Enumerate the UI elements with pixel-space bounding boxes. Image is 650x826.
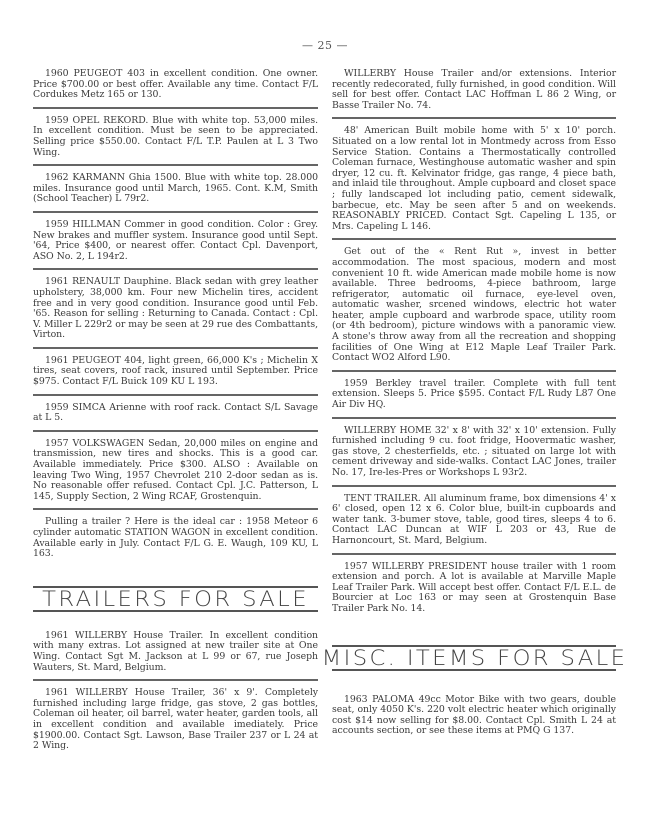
classified-ad-willerby-home: WILLERBY HOME 32' x 8' with 32' x 10' ex…	[332, 426, 616, 479]
section-heading-text: TRAILERS FOR SALE	[42, 589, 309, 609]
classified-ad-american-mobile-home: 48' American Built mobile home with 5' x…	[332, 126, 616, 232]
ad-divider	[33, 508, 318, 510]
classified-ad-volkswagen: 1957 VOLKSWAGEN Sedan, 20,000 miles on e…	[33, 439, 318, 503]
ad-divider	[33, 164, 318, 166]
page-number: — 25 —	[0, 39, 650, 52]
classified-ad-opel-rekord: 1959 OPEL REKORD. Blue with white top. 5…	[33, 116, 318, 158]
ad-divider	[332, 117, 616, 119]
classified-ad-willerby-1961-a: 1961 WILLERBY House Trailer. In excellen…	[33, 631, 318, 673]
ad-divider	[33, 430, 318, 432]
classified-ad-karmann-ghia: 1962 KARMANN Ghia 1500. Blue with white …	[33, 173, 318, 205]
ad-divider	[33, 679, 318, 681]
section-heading-misc-items-for-sale: MISC. ITEMS FOR SALE	[332, 645, 616, 671]
ad-divider	[33, 107, 318, 109]
classified-ad-willerby-president: 1957 WILLERBY PRESIDENT house trailer wi…	[332, 562, 616, 615]
classified-ad-renault-dauphine: 1961 RENAULT Dauphine. Black sedan with …	[33, 277, 318, 341]
classified-ad-peugeot-403: 1960 PEUGEOT 403 in excellent condition.…	[33, 69, 318, 101]
classified-ad-meteor-wagon: Pulling a trailer ? Here is the ideal ca…	[33, 517, 318, 559]
ad-divider	[33, 268, 318, 270]
ad-divider	[33, 347, 318, 349]
classified-ad-tent-trailer: TENT TRAILER. All aluminum frame, box di…	[332, 494, 616, 547]
ad-divider	[332, 417, 616, 419]
ad-divider	[332, 553, 616, 555]
classified-ad-peugeot-404: 1961 PEUGEOT 404, light green, 66,000 K'…	[33, 356, 318, 388]
ad-divider	[332, 370, 616, 372]
classified-ad-willerby-1961-b: 1961 WILLERBY House Trailer, 36' x 9'. C…	[33, 688, 318, 752]
classified-ad-paloma-motor-bike: 1963 PALOMA 49cc Motor Bike with two gea…	[332, 695, 616, 737]
classified-ad-rent-rut: Get out of the « Rent Rut », invest in b…	[332, 247, 616, 364]
ad-divider	[332, 485, 616, 487]
ad-divider	[332, 238, 616, 240]
section-heading-text: MISC. ITEMS FOR SALE	[321, 648, 627, 668]
classified-ad-hillman-commer: 1959 HILLMAN Commer in good condition. C…	[33, 220, 318, 262]
ad-divider	[33, 394, 318, 396]
section-heading-trailers-for-sale: TRAILERS FOR SALE	[33, 586, 318, 612]
left-column: 1960 PEUGEOT 403 in excellent condition.…	[33, 69, 318, 752]
right-column: WILLERBY House Trailer and/or extensions…	[332, 69, 616, 737]
classified-ad-willerby-extensions: WILLERBY House Trailer and/or extensions…	[332, 69, 616, 111]
classified-ad-berkley-travel-trailer: 1959 Berkley travel trailer. Complete wi…	[332, 379, 616, 411]
ad-divider	[33, 211, 318, 213]
classified-ad-simca-arienne: 1959 SIMCA Arienne with roof rack. Conta…	[33, 403, 318, 424]
